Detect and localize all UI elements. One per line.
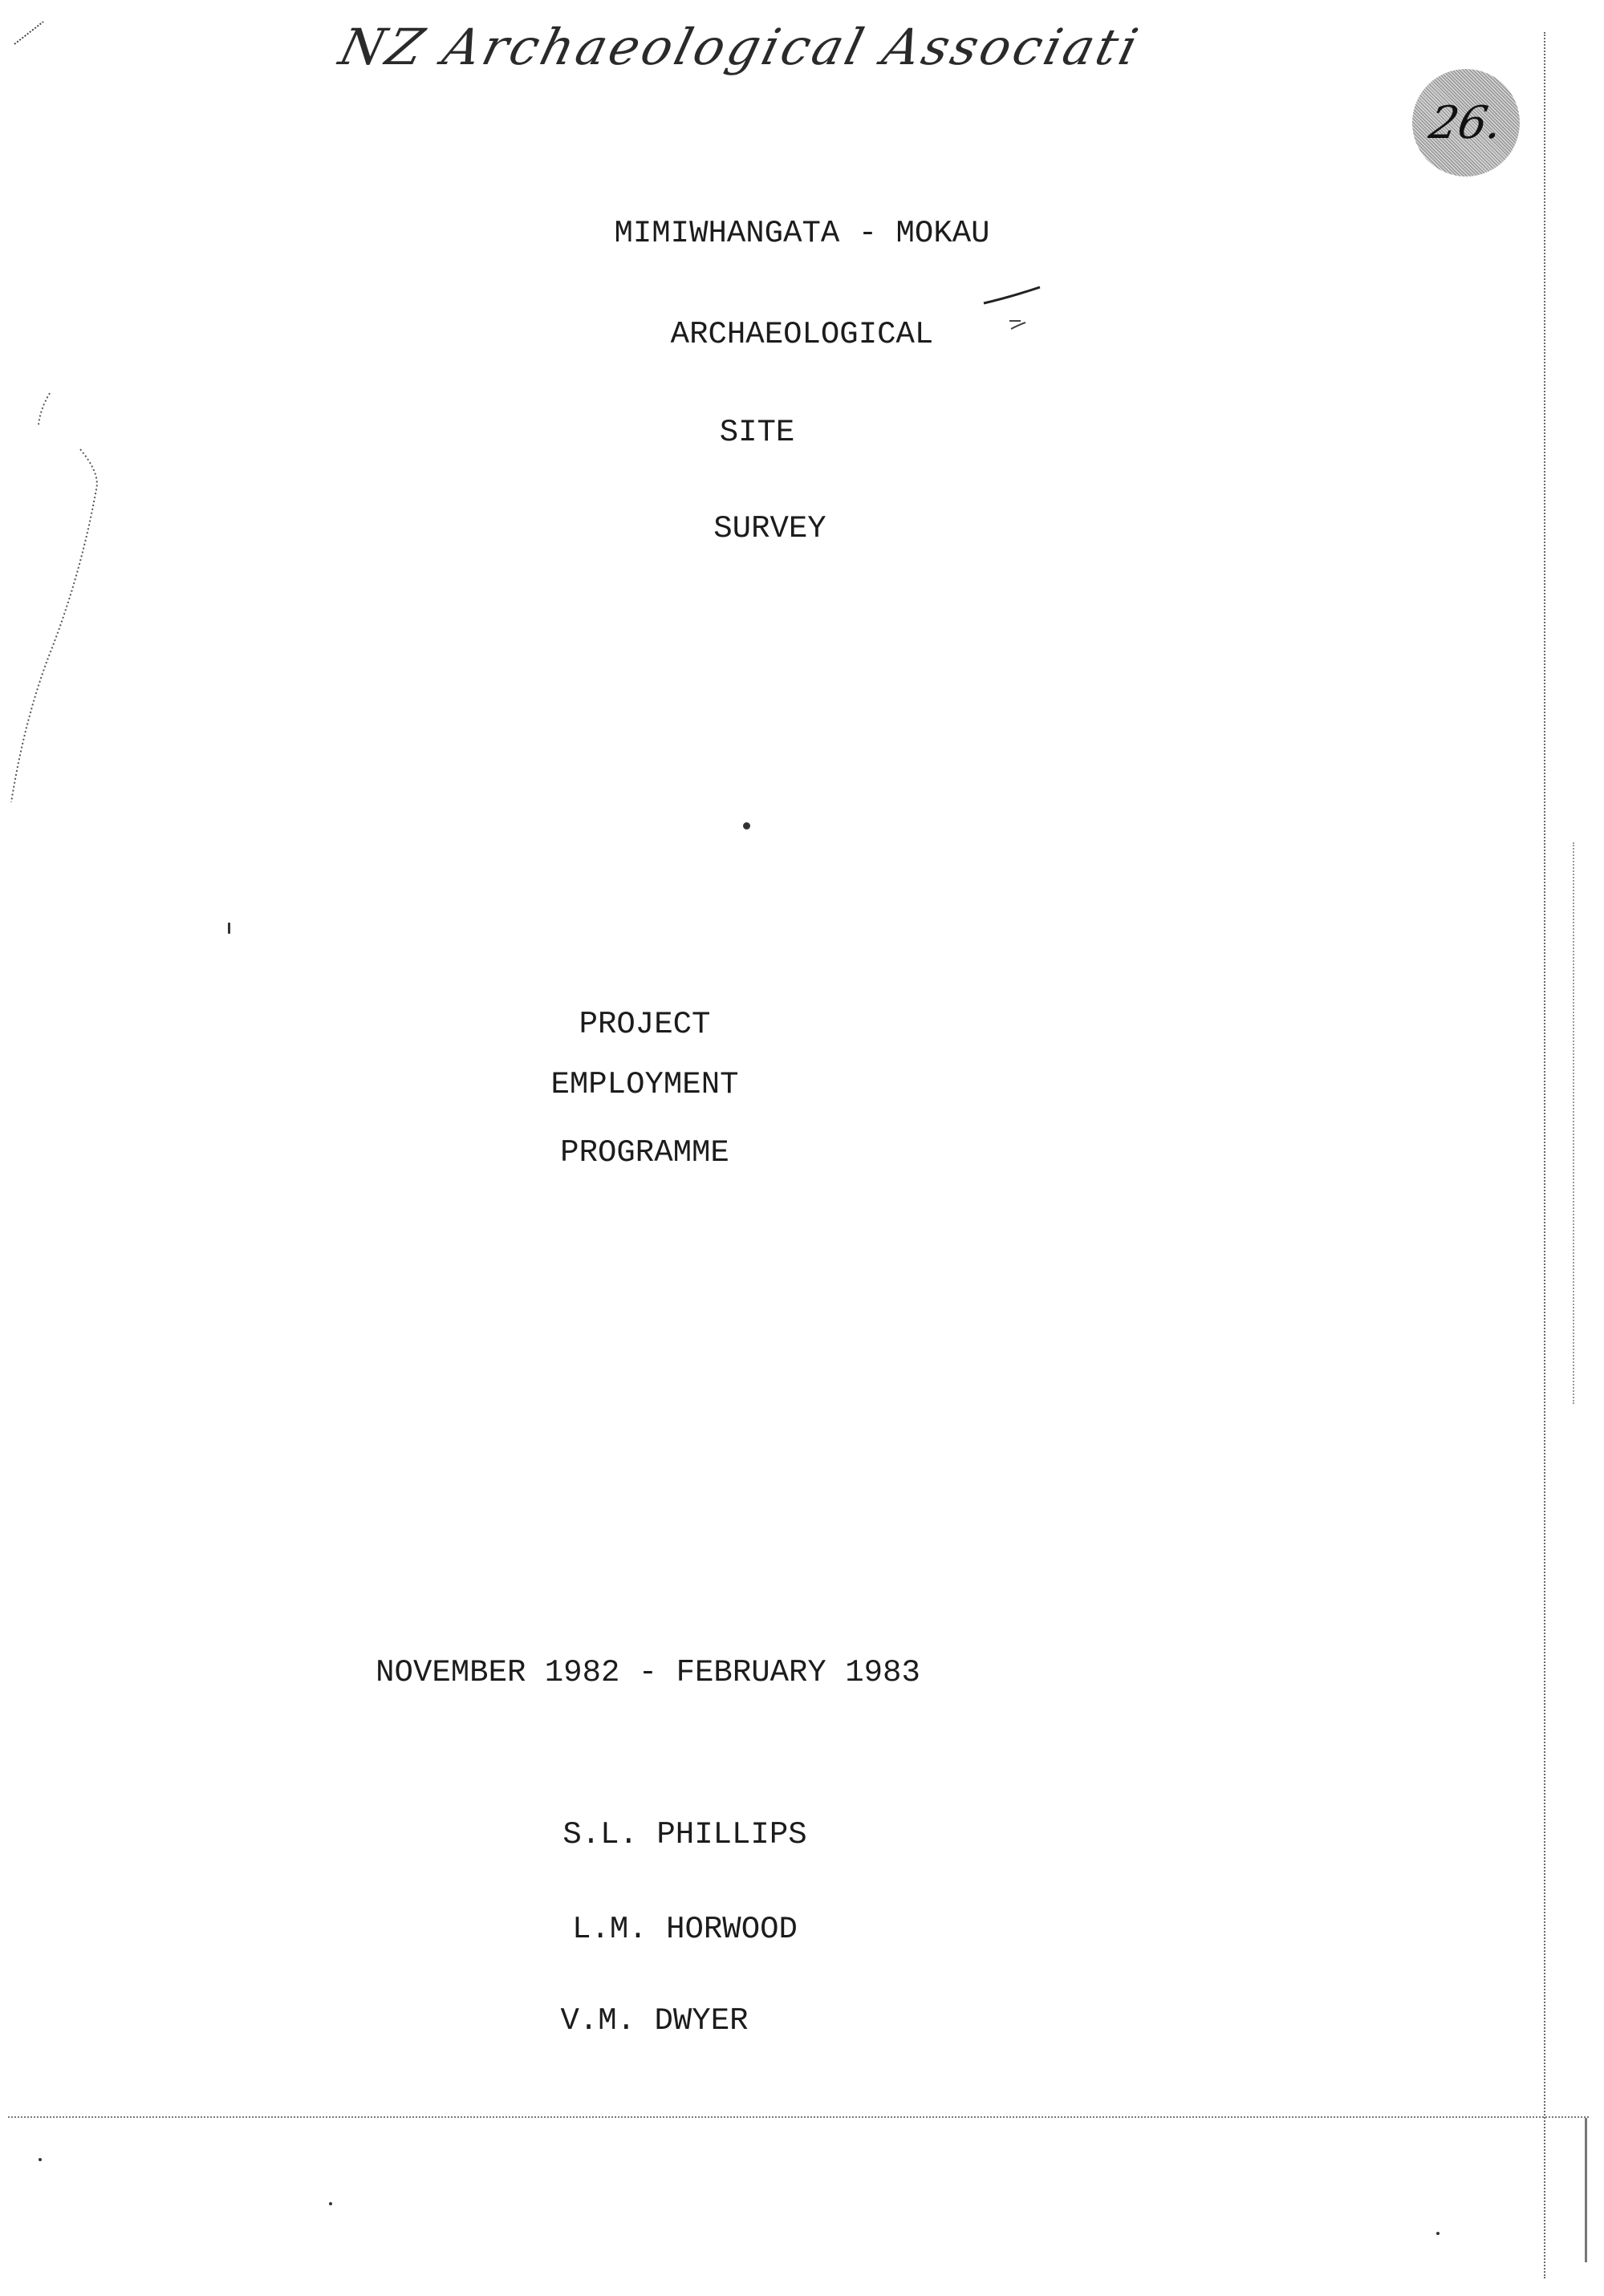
corner-mark: [8, 20, 72, 68]
pen-mark: [979, 281, 1051, 337]
ink-dot: [743, 822, 750, 830]
author-2: L.M. HORWOOD: [0, 1914, 1487, 1945]
programme-line-3: PROGRAMME: [0, 1138, 1447, 1169]
scanned-page: NZ Archaeological Associati 26. MIMIWHAN…: [0, 0, 1604, 2296]
scan-speck: [39, 2158, 42, 2161]
title-line-2: ARCHAEOLOGICAL: [0, 319, 1604, 351]
title-line-1: MIMIWHANGATA - MOKAU: [0, 218, 1604, 249]
author-3: V.M. DWYER: [0, 2006, 1456, 2037]
programme-line-2: EMPLOYMENT: [0, 1069, 1447, 1101]
right-margin-edge: [1585, 2118, 1587, 2262]
right-margin-line: [1544, 32, 1545, 2278]
page-number: 26.: [1426, 97, 1507, 149]
right-margin-line-2: [1573, 842, 1574, 1404]
date-range: NOVEMBER 1982 - FEBRUARY 1983: [0, 1657, 1450, 1689]
title-line-4: SURVEY: [0, 513, 1572, 545]
author-1: S.L. PHILLIPS: [0, 1819, 1487, 1851]
title-line-3: SITE: [0, 417, 1559, 448]
handwritten-annotation: NZ Archaeological Associati: [334, 18, 1147, 76]
scan-speck: [1436, 2232, 1440, 2235]
bottom-fold-line: [8, 2116, 1589, 2118]
programme-line-1: PROJECT: [0, 1009, 1447, 1041]
scan-speck: [228, 923, 230, 934]
scan-speck: [329, 2202, 332, 2205]
edge-scan-artifact: [0, 273, 112, 818]
page-number-stamp: 26.: [1412, 69, 1520, 176]
